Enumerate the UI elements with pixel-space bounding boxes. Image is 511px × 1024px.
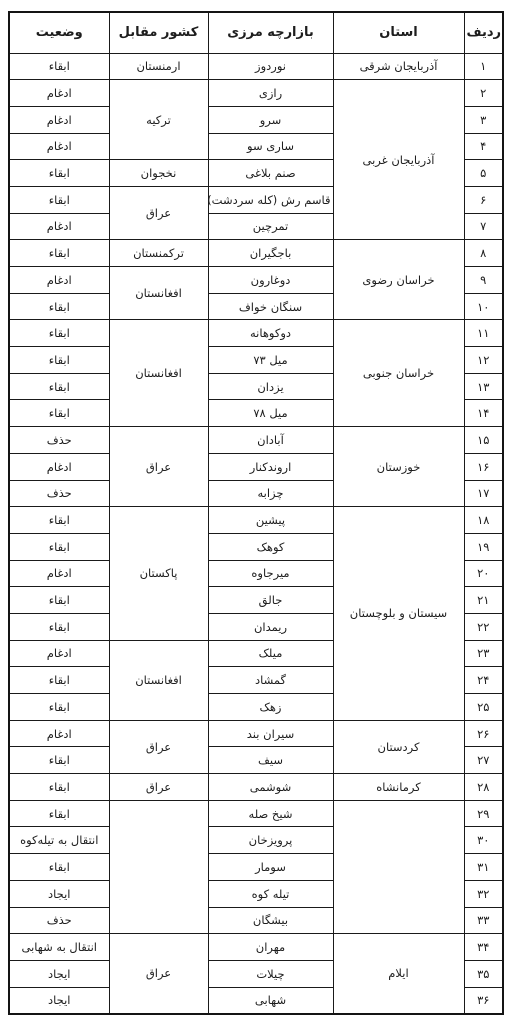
market-cell: سرو — [208, 106, 333, 133]
status-cell: ایجاد — [9, 880, 109, 907]
row-number-cell: ۲۱ — [464, 587, 503, 614]
row-number-cell: ۱ — [464, 53, 503, 80]
status-cell: ابقاء — [9, 613, 109, 640]
row-number-cell: ۱۱ — [464, 320, 503, 347]
row-number-cell: ۹ — [464, 267, 503, 294]
row-number-cell: ۱۶ — [464, 453, 503, 480]
status-cell: ادغام — [9, 640, 109, 667]
row-number-cell: ۲ — [464, 80, 503, 107]
market-cell: ساری سو — [208, 133, 333, 160]
status-cell: انتقال به شهابی — [9, 934, 109, 961]
table-row: ۲۶کردستانسیران بندعراقادغام — [9, 720, 503, 747]
row-number-cell: ۲۳ — [464, 640, 503, 667]
header-row: ردیف استان بازارچه مرزی کشور مقابل وضعیت — [9, 12, 503, 53]
row-number-cell: ۲۲ — [464, 613, 503, 640]
status-cell: ادغام — [9, 80, 109, 107]
status-cell: ابقاء — [9, 694, 109, 721]
market-cell: میل ۷۳ — [208, 347, 333, 374]
status-cell: حذف — [9, 480, 109, 507]
document-page: ردیف استان بازارچه مرزی کشور مقابل وضعیت… — [0, 0, 511, 1024]
row-number-cell: ۱۵ — [464, 427, 503, 454]
row-number-cell: ۴ — [464, 133, 503, 160]
table-row: ۱۸سیستان و بلوچستانپیشینپاکستانابقاء — [9, 507, 503, 534]
row-number-cell: ۵ — [464, 160, 503, 187]
row-number-cell: ۲۴ — [464, 667, 503, 694]
row-number-cell: ۲۷ — [464, 747, 503, 774]
market-cell: سیف — [208, 747, 333, 774]
row-number-cell: ۳۳ — [464, 907, 503, 934]
market-cell: تیله کوه — [208, 880, 333, 907]
col-header-country: کشور مقابل — [109, 12, 208, 53]
market-cell: باجگیران — [208, 240, 333, 267]
country-cell: عراق — [109, 186, 208, 239]
market-cell: پیشین — [208, 507, 333, 534]
market-cell: سنگان خواف — [208, 293, 333, 320]
status-cell: ابقاء — [9, 160, 109, 187]
province-cell: آذربایجان شرقی — [333, 53, 464, 80]
country-cell: عراق — [109, 934, 208, 1014]
status-cell: ادغام — [9, 133, 109, 160]
market-cell: اروندکنار — [208, 453, 333, 480]
row-number-cell: ۱۹ — [464, 533, 503, 560]
market-cell: میلک — [208, 640, 333, 667]
row-number-cell: ۲۹ — [464, 800, 503, 827]
status-cell: ابقاء — [9, 320, 109, 347]
row-number-cell: ۱۸ — [464, 507, 503, 534]
market-cell: جالق — [208, 587, 333, 614]
province-cell — [333, 800, 464, 933]
market-cell: میل ۷۸ — [208, 400, 333, 427]
col-header-status: وضعیت — [9, 12, 109, 53]
market-cell: ریمدان — [208, 613, 333, 640]
status-cell: ادغام — [9, 267, 109, 294]
status-cell: ابقاء — [9, 347, 109, 374]
market-cell: مهران — [208, 934, 333, 961]
status-cell: ابقاء — [9, 774, 109, 801]
border-markets-table: ردیف استان بازارچه مرزی کشور مقابل وضعیت… — [8, 11, 504, 1015]
province-cell: سیستان و بلوچستان — [333, 507, 464, 721]
row-number-cell: ۲۸ — [464, 774, 503, 801]
country-cell: ترکیه — [109, 80, 208, 160]
market-cell: چیلات — [208, 960, 333, 987]
table-body: ۱آذربایجان شرقینوردوزارمنستانابقاء۲آذربا… — [9, 53, 503, 1014]
status-cell: ابقاء — [9, 667, 109, 694]
province-cell: ایلام — [333, 934, 464, 1014]
province-cell: آذربایجان غربی — [333, 80, 464, 240]
market-cell: دوغارون — [208, 267, 333, 294]
market-cell: سیران بند — [208, 720, 333, 747]
market-cell: پرویزخان — [208, 827, 333, 854]
status-cell: ابقاء — [9, 400, 109, 427]
status-cell: ابقاء — [9, 293, 109, 320]
status-cell: ابقاء — [9, 507, 109, 534]
row-number-cell: ۸ — [464, 240, 503, 267]
status-cell: ابقاء — [9, 800, 109, 827]
country-cell: عراق — [109, 427, 208, 507]
market-cell: رازی — [208, 80, 333, 107]
row-number-cell: ۲۵ — [464, 694, 503, 721]
market-cell: صنم بلاغی — [208, 160, 333, 187]
country-cell: ترکمنستان — [109, 240, 208, 267]
table-header: ردیف استان بازارچه مرزی کشور مقابل وضعیت — [9, 12, 503, 53]
table-row: ۲آذربایجان غربیرازیترکیهادغام — [9, 80, 503, 107]
country-cell: افغانستان — [109, 320, 208, 427]
row-number-cell: ۳۴ — [464, 934, 503, 961]
country-cell: افغانستان — [109, 267, 208, 320]
status-cell: ادغام — [9, 560, 109, 587]
province-cell: خراسان جنوبی — [333, 320, 464, 427]
row-number-cell: ۷ — [464, 213, 503, 240]
row-number-cell: ۳۲ — [464, 880, 503, 907]
market-cell: آبادان — [208, 427, 333, 454]
market-cell: میرجاوه — [208, 560, 333, 587]
market-cell: سومار — [208, 854, 333, 881]
row-number-cell: ۲۶ — [464, 720, 503, 747]
market-cell: قاسم رش (کله سردشت) — [208, 186, 333, 213]
status-cell: ابقاء — [9, 533, 109, 560]
status-cell: انتقال به تیله‌کوه — [9, 827, 109, 854]
status-cell: ایجاد — [9, 960, 109, 987]
row-number-cell: ۳۵ — [464, 960, 503, 987]
status-cell: ابقاء — [9, 854, 109, 881]
table-row: ۲۹شیخ صلهابقاء — [9, 800, 503, 827]
market-cell: دوکوهانه — [208, 320, 333, 347]
col-header-market: بازارچه مرزی — [208, 12, 333, 53]
province-cell: خراسان رضوی — [333, 240, 464, 320]
province-cell: خوزستان — [333, 427, 464, 507]
table-row: ۱۱خراسان جنوبیدوکوهانهافغانستانابقاء — [9, 320, 503, 347]
status-cell: ابقاء — [9, 186, 109, 213]
table-row: ۲۸کرمانشاهشوشمیعراقابقاء — [9, 774, 503, 801]
status-cell: ادغام — [9, 720, 109, 747]
status-cell: ابقاء — [9, 587, 109, 614]
row-number-cell: ۱۷ — [464, 480, 503, 507]
market-cell: تمرچین — [208, 213, 333, 240]
table-row: ۱آذربایجان شرقینوردوزارمنستانابقاء — [9, 53, 503, 80]
market-cell: شوشمی — [208, 774, 333, 801]
row-number-cell: ۳۰ — [464, 827, 503, 854]
status-cell: ادغام — [9, 106, 109, 133]
table-row: ۸خراسان رضویباجگیرانترکمنستانابقاء — [9, 240, 503, 267]
col-header-province: استان — [333, 12, 464, 53]
status-cell: حذف — [9, 427, 109, 454]
market-cell: یزدان — [208, 373, 333, 400]
market-cell: گمشاد — [208, 667, 333, 694]
market-cell: کوهک — [208, 533, 333, 560]
status-cell: ادغام — [9, 453, 109, 480]
col-header-row-number: ردیف — [464, 12, 503, 53]
status-cell: ابقاء — [9, 53, 109, 80]
row-number-cell: ۱۲ — [464, 347, 503, 374]
row-number-cell: ۱۴ — [464, 400, 503, 427]
market-cell: نوردوز — [208, 53, 333, 80]
country-cell: عراق — [109, 774, 208, 801]
market-cell: بیشگان — [208, 907, 333, 934]
row-number-cell: ۱۳ — [464, 373, 503, 400]
market-cell: شیخ صله — [208, 800, 333, 827]
country-cell: عراق — [109, 720, 208, 773]
province-cell: کرمانشاه — [333, 774, 464, 801]
status-cell: ابقاء — [9, 240, 109, 267]
status-cell: ابقاء — [9, 373, 109, 400]
status-cell: ادغام — [9, 213, 109, 240]
market-cell: زهک — [208, 694, 333, 721]
row-number-cell: ۳ — [464, 106, 503, 133]
row-number-cell: ۳۶ — [464, 987, 503, 1014]
row-number-cell: ۲۰ — [464, 560, 503, 587]
status-cell: ایجاد — [9, 987, 109, 1014]
country-cell: ارمنستان — [109, 53, 208, 80]
table-row: ۱۵خوزستانآبادانعراقحذف — [9, 427, 503, 454]
row-number-cell: ۶ — [464, 186, 503, 213]
market-cell: شهابی — [208, 987, 333, 1014]
country-cell — [109, 800, 208, 933]
province-cell: کردستان — [333, 720, 464, 773]
row-number-cell: ۱۰ — [464, 293, 503, 320]
country-cell: نخجوان — [109, 160, 208, 187]
row-number-cell: ۳۱ — [464, 854, 503, 881]
market-cell: چزابه — [208, 480, 333, 507]
table-row: ۳۴ایلاممهرانعراقانتقال به شهابی — [9, 934, 503, 961]
country-cell: افغانستان — [109, 640, 208, 720]
status-cell: ابقاء — [9, 747, 109, 774]
country-cell: پاکستان — [109, 507, 208, 640]
status-cell: حذف — [9, 907, 109, 934]
